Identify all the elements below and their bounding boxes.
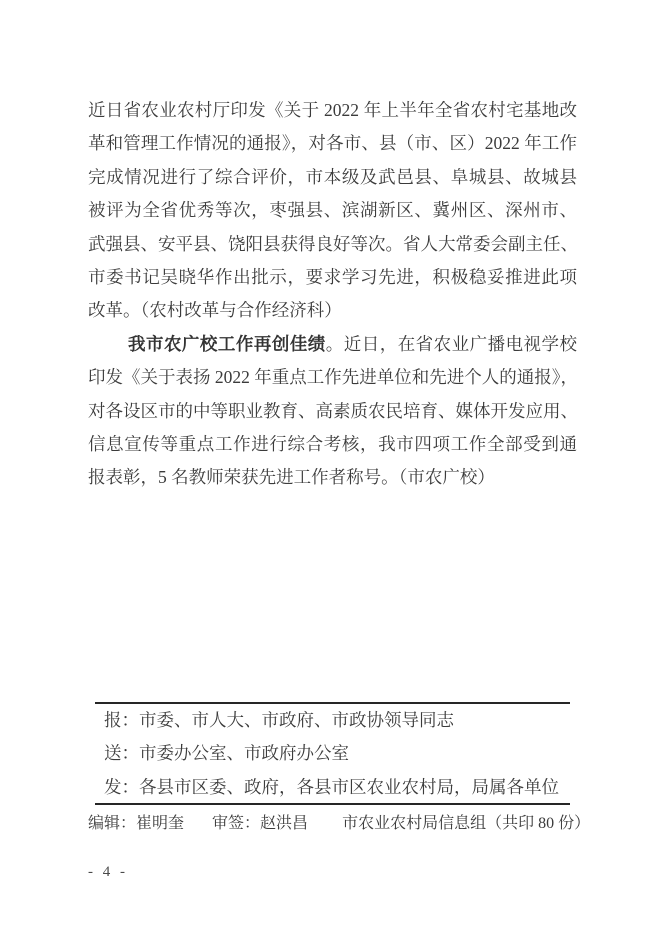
issuer-segment: 市农业农村局信息组（共印 80 份） [342,815,590,832]
body-line: 武强县、安平县、饶阳县获得良好等次。省人大常委会副主任、 [88,228,577,261]
body-line: 我市农广校工作再创佳绩。近日，在省农业广播电视学校 [88,328,577,361]
body-line: 对各设区市的中等职业教育、高素质农民培育、媒体开发应用、 [88,395,577,428]
paragraph-lead-rest: 。近日，在省农业广播电视学校 [326,334,577,354]
distribution-label: 送： [104,743,139,763]
reviewer-segment: 审签：赵洪昌 [212,815,308,832]
body-line: 改革。（农村改革与合作经济科） [88,294,577,327]
body-line: 革和管理工作情况的通报》，对各市、县（市、区）2022 年工作 [88,127,577,160]
distribution-row-report: 报：市委、市人大、市政府、市政协领导同志 [104,704,570,737]
reviewer-label: 审签： [212,815,260,832]
distribution-bottom-rule [95,803,570,805]
body-line: 信息宣传等重点工作进行综合考核，我市四项工作全部受到通 [88,428,577,461]
distribution-value: 各县市区委、政府，各县市区农业农村局，局属各单位 [139,777,559,797]
editor-segment: 编辑：崔明奎 [88,815,184,832]
document-body: 近日省农业农村厅印发《关于 2022 年上半年全省农村宅基地改 革和管理工作情况… [88,94,577,495]
body-line: 印发《关于表扬 2022 年重点工作先进单位和先进个人的通报》， [88,361,577,394]
paragraph-1: 近日省农业农村厅印发《关于 2022 年上半年全省农村宅基地改 革和管理工作情况… [88,94,577,328]
paragraph-2: 我市农广校工作再创佳绩。近日，在省农业广播电视学校 印发《关于表扬 2022 年… [88,328,577,495]
body-line: 近日省农业农村厅印发《关于 2022 年上半年全省农村宅基地改 [88,94,577,127]
distribution-value: 市委办公室、市政府办公室 [139,743,349,763]
editor-name: 崔明奎 [136,815,184,832]
body-line: 报表彰，5 名教师荣获先进工作者称号。（市农广校） [88,461,577,494]
distribution-value: 市委、市人大、市政府、市政协领导同志 [139,710,454,730]
editor-line: 编辑：崔明奎审签：赵洪昌市农业农村局信息组（共印 80 份） [88,810,577,833]
page-number: - 4 - [88,864,128,881]
distribution-label: 发： [104,777,139,797]
document-page: 近日省农业农村厅印发《关于 2022 年上半年全省农村宅基地改 革和管理工作情况… [0,0,662,936]
distribution-row-issue: 发：各县市区委、政府，各县市区农业农村局，局属各单位 [104,771,570,804]
body-line: 市委书记吴晓华作出批示，要求学习先进，积极稳妥推进此项 [88,261,577,294]
reviewer-name: 赵洪昌 [260,815,308,832]
editor-label: 编辑： [88,815,136,832]
distribution-row-send: 送：市委办公室、市政府办公室 [104,737,570,770]
body-line: 完成情况进行了综合评价，市本级及武邑县、阜城县、故城县 [88,161,577,194]
body-line: 被评为全省优秀等次，枣强县、滨湖新区、冀州区、深州市、 [88,194,577,227]
distribution-label: 报： [104,710,139,730]
paragraph-lead-bold: 我市农广校工作再创佳绩 [128,334,326,354]
distribution-block: 报：市委、市人大、市政府、市政协领导同志 送：市委办公室、市政府办公室 发：各县… [104,704,570,804]
